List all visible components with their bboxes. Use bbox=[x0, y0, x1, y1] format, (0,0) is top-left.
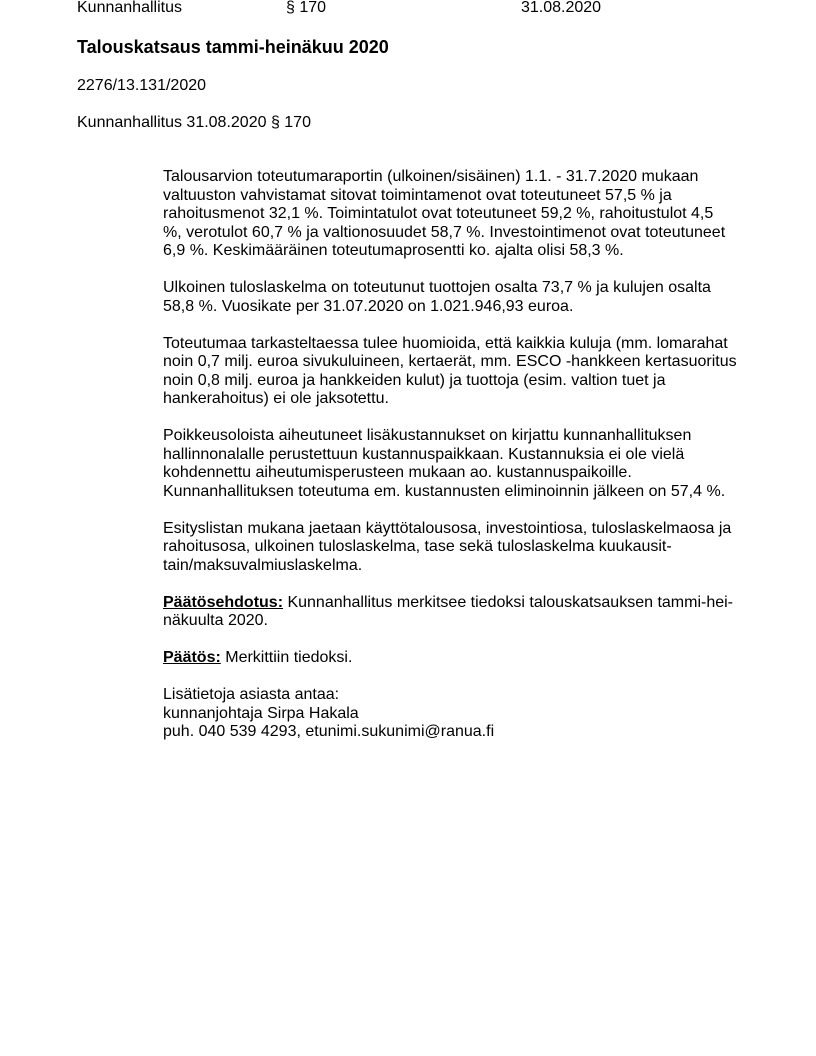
body-paragraph: Talousarvion toteutumaraportin (ulkoinen… bbox=[163, 168, 763, 261]
decision-proposal: Päätösehdotus: Kunnanhallitus merkitsee … bbox=[163, 594, 763, 631]
contact-intro: Lisätietoja asiasta antaa: bbox=[163, 686, 763, 705]
document-body: Talousarvion toteutumaraportin (ulkoinen… bbox=[163, 168, 763, 760]
paragraph-line: 6,9 %. Keskimääräinen toteutumaprosentti… bbox=[163, 242, 763, 261]
decision: Päätös: Merkittiin tiedoksi. bbox=[163, 649, 763, 668]
body-paragraph: Poikkeusoloista aiheutuneet lisäkustannu… bbox=[163, 427, 763, 501]
paragraph-line: rahoitusmenot 32,1 %. Toimintatulot ovat… bbox=[163, 205, 763, 224]
body-paragraph: Esityslistan mukana jaetaan käyttötalous… bbox=[163, 520, 763, 576]
paragraph-line: 58,8 %. Vuosikate per 31.07.2020 on 1.02… bbox=[163, 298, 763, 317]
header-body-name: Kunnanhallitus bbox=[77, 0, 182, 18]
header-section-number: § 170 bbox=[286, 0, 326, 18]
contact-details: puh. 040 539 4293, etunimi.sukunimi@ranu… bbox=[163, 723, 763, 742]
paragraph-line: %, verotulot 60,7 % ja valtionosuudet 58… bbox=[163, 224, 763, 243]
decision-line: Päätös: Merkittiin tiedoksi. bbox=[163, 649, 763, 668]
paragraph-line: Ulkoinen tuloslaskelma on toteutunut tuo… bbox=[163, 279, 763, 298]
paragraph-line: Poikkeusoloista aiheutuneet lisäkustannu… bbox=[163, 427, 763, 446]
body-paragraph: Ulkoinen tuloslaskelma on toteutunut tuo… bbox=[163, 279, 763, 316]
paragraph-line: Esityslistan mukana jaetaan käyttötalous… bbox=[163, 520, 763, 539]
contact-person: kunnanjohtaja Sirpa Hakala bbox=[163, 705, 763, 724]
paragraph-line: valtuuston vahvistamat sitovat toimintam… bbox=[163, 187, 763, 206]
proposal-label: Päätösehdotus: bbox=[163, 594, 283, 611]
proposal-text: Kunnanhallitus merkitsee tiedoksi talous… bbox=[283, 594, 733, 611]
meeting-reference: Kunnanhallitus 31.08.2020 § 170 bbox=[77, 113, 311, 133]
paragraph-line: Kunnanhallituksen toteutuma em. kustannu… bbox=[163, 483, 763, 502]
paragraph-line: hallinnonalalle perustettuun kustannuspa… bbox=[163, 446, 763, 465]
paragraph-line: Toteutumaa tarkasteltaessa tulee huomioi… bbox=[163, 335, 763, 354]
decision-label: Päätös: bbox=[163, 649, 221, 666]
paragraph-line: noin 0,7 milj. euroa sivukuluineen, kert… bbox=[163, 353, 763, 372]
paragraph-line: rahoitusosa, ulkoinen tuloslaskelma, tas… bbox=[163, 538, 763, 557]
paragraph-line: noin 0,8 milj. euroa ja hankkeiden kulut… bbox=[163, 372, 763, 391]
page-header: Kunnanhallitus § 170 31.08.2020 bbox=[0, 0, 816, 18]
paragraph-line: kohdennettu aiheutumisperusteen mukaan a… bbox=[163, 464, 763, 483]
body-paragraph: Toteutumaa tarkasteltaessa tulee huomioi… bbox=[163, 335, 763, 409]
decision-text: Merkittiin tiedoksi. bbox=[221, 649, 353, 666]
proposal-line: Päätösehdotus: Kunnanhallitus merkitsee … bbox=[163, 594, 763, 613]
diary-number: 2276/13.131/2020 bbox=[77, 76, 206, 96]
proposal-line: näkuulta 2020. bbox=[163, 612, 763, 631]
contact-info: Lisätietoja asiasta antaa: kunnanjohtaja… bbox=[163, 686, 763, 742]
paragraph-line: hankerahoitus) ei ole jaksotettu. bbox=[163, 390, 763, 409]
body-paragraphs: Talousarvion toteutumaraportin (ulkoinen… bbox=[163, 168, 763, 575]
document-title: Talouskatsaus tammi-heinäkuu 2020 bbox=[77, 36, 389, 58]
paragraph-line: tain/maksuvalmiuslaskelma. bbox=[163, 557, 763, 576]
paragraph-line: Talousarvion toteutumaraportin (ulkoinen… bbox=[163, 168, 763, 187]
header-date: 31.08.2020 bbox=[521, 0, 601, 18]
